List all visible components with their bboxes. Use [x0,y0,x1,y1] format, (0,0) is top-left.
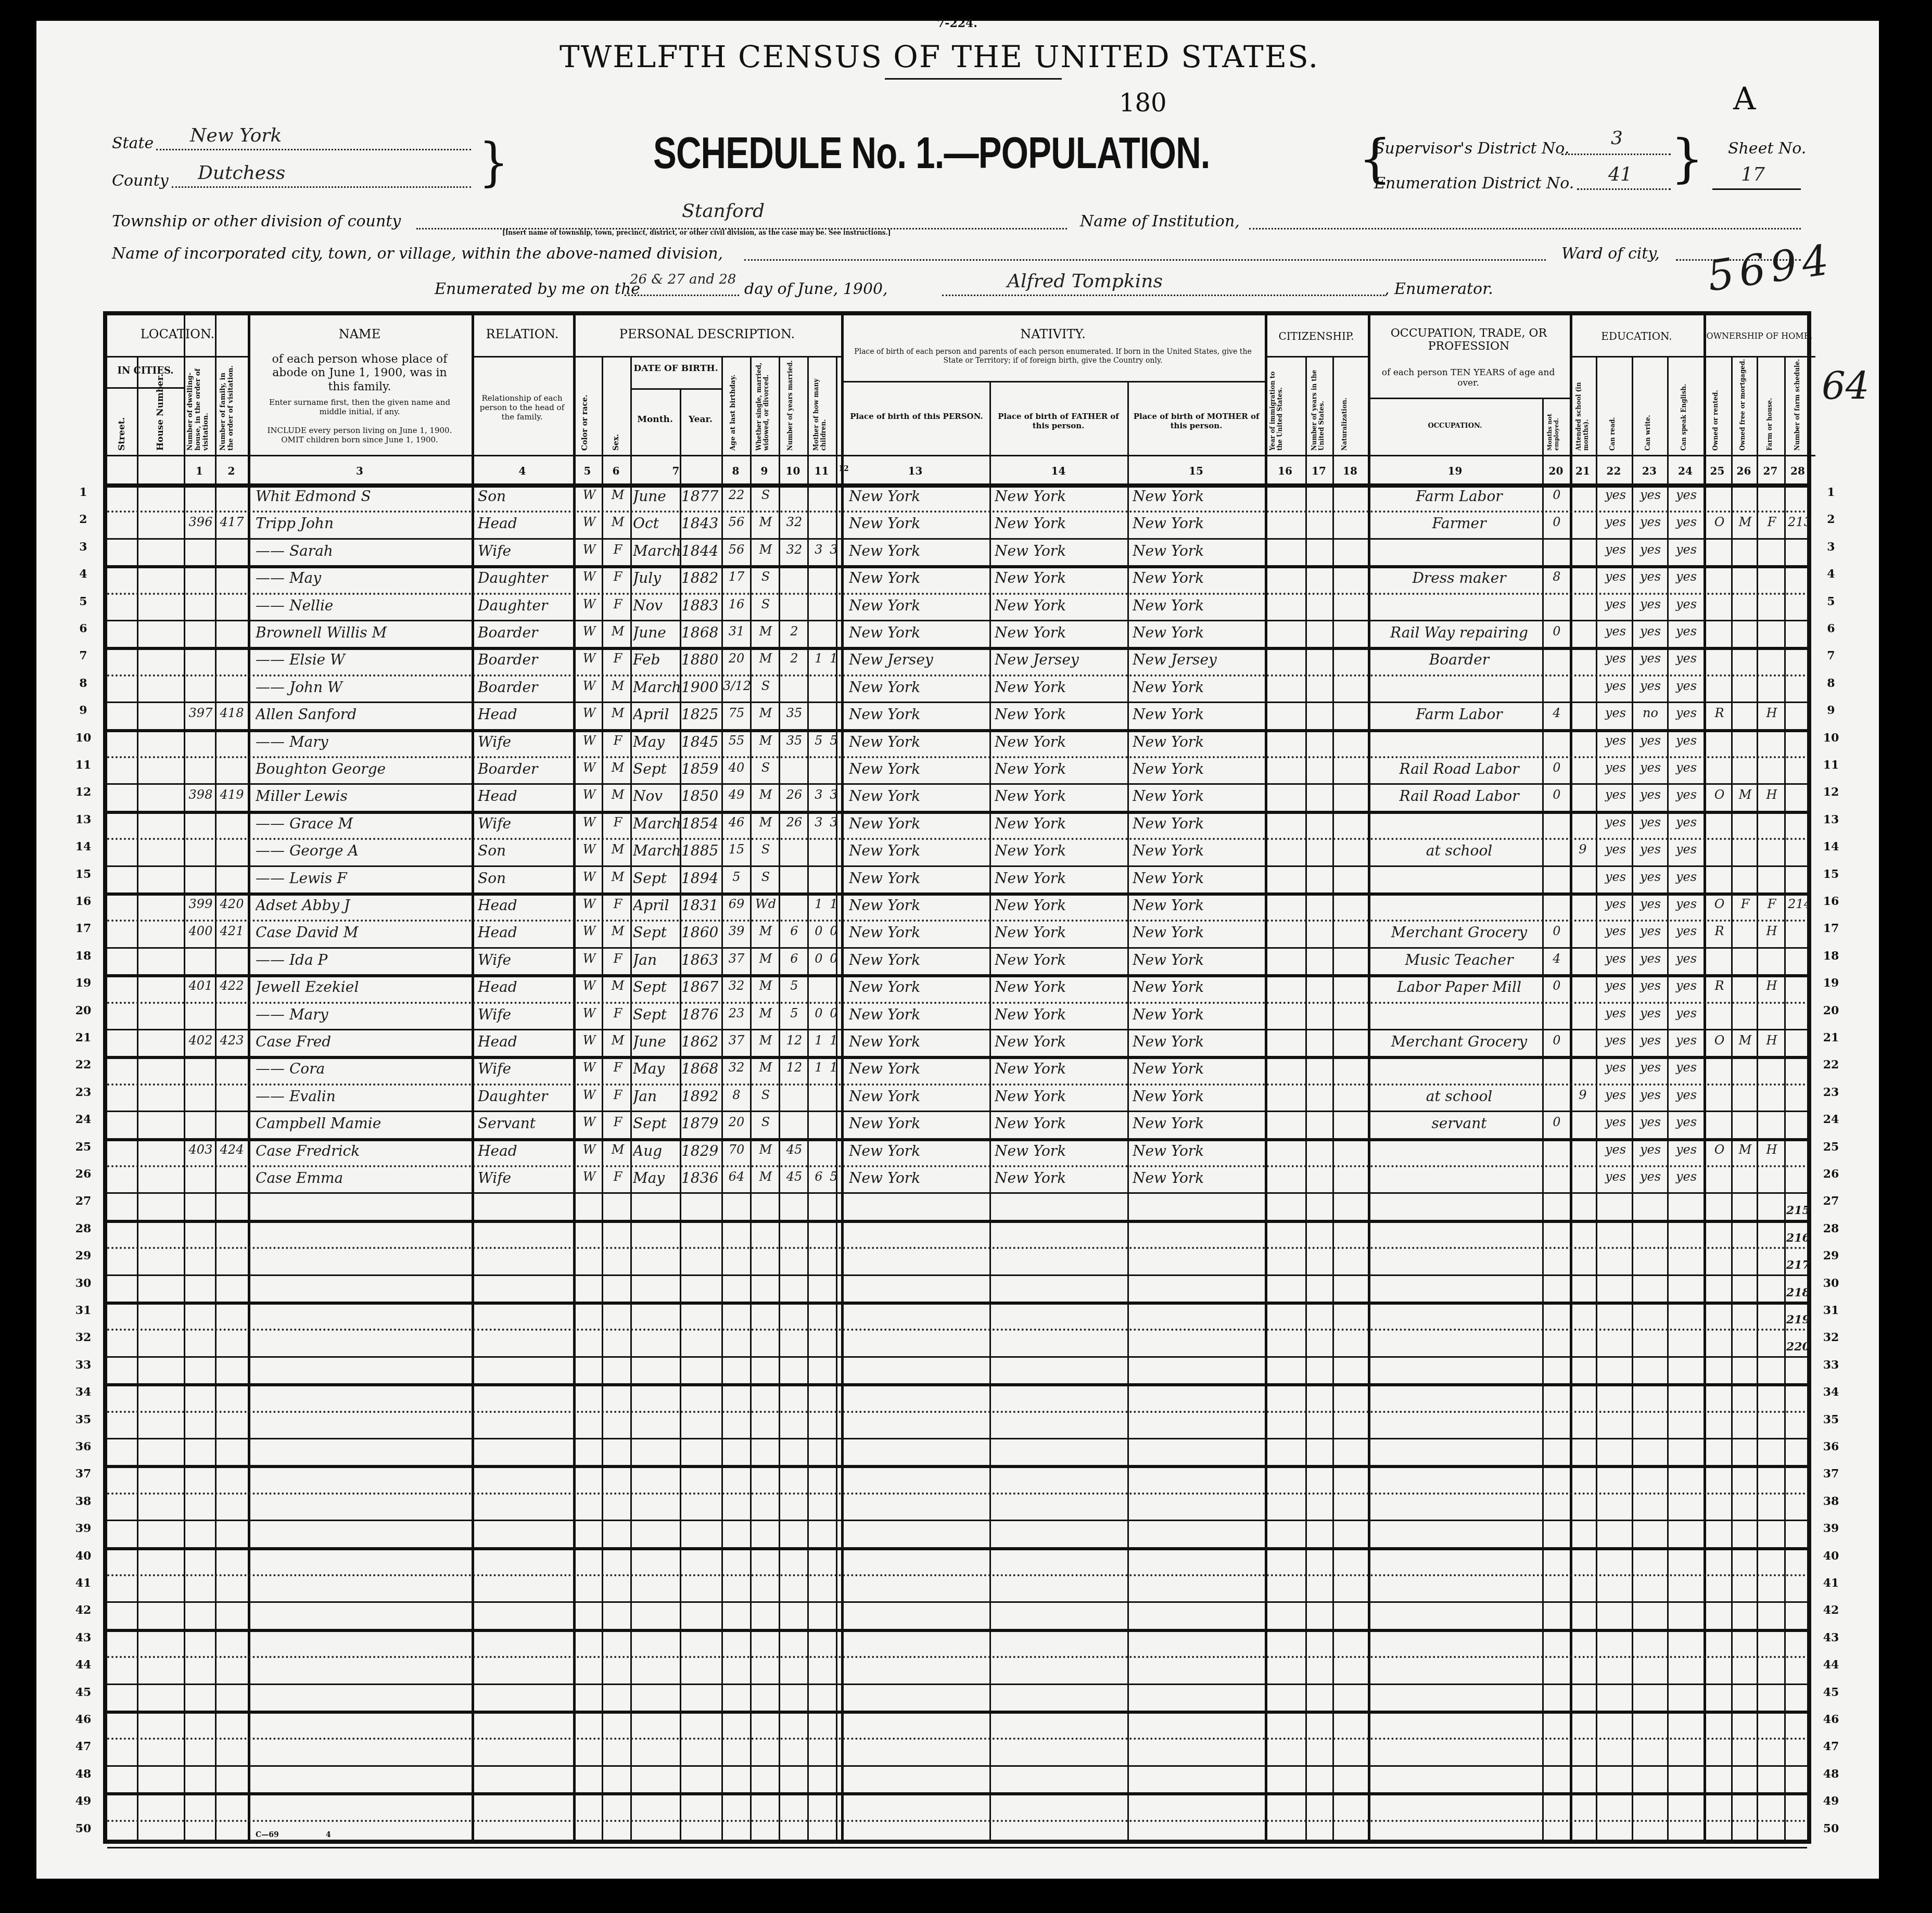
cell-marital: S [753,597,779,611]
cell-color: W [578,924,600,938]
cell-family: 419 [218,787,246,802]
cell-age: 49 [723,787,750,802]
row-rule [107,1056,1807,1059]
row-rule [107,1383,1807,1386]
cell-name: —— Nellie [256,597,469,614]
colnum: 26 [1731,465,1757,477]
cell-month: Sept [633,870,680,887]
cell-year: 1843 [681,515,721,532]
cell-sex: F [607,597,629,611]
row-rule [107,1765,1807,1767]
cell-age: 37 [723,1033,750,1048]
cell-pob: New York [849,569,987,586]
cell-name: —— May [256,569,469,586]
cell-pob-mother: New York [1133,542,1263,559]
line-number: 4 [1821,567,1841,581]
group-divider [1265,356,1368,358]
cell-color: W [578,951,600,966]
sheet-value: 17 [1741,164,1765,185]
cell-relation: Head [478,706,571,723]
cell-pob-father: New York [995,1033,1125,1050]
cell-pob-father: New York [995,597,1125,614]
cell-marital: S [753,569,779,584]
cell-pob-mother: New York [1133,1006,1263,1023]
cell-month: March [633,815,680,832]
cell-english: yes [1670,842,1702,857]
colnum: 8 [721,465,750,477]
line-number: 40 [73,1549,94,1563]
row-rule [107,674,1807,677]
cell-dwelling: 396 [186,515,215,529]
col-divider [750,357,752,1840]
col-divider [1667,357,1669,1840]
cell-yrs-married: 12 [781,1033,807,1048]
vh-age: Age at last birthday. [729,367,737,451]
cell-read: yes [1600,569,1631,584]
cell-yrs-married: 2 [781,624,807,639]
col-divider [1784,357,1786,1840]
cell-unemployed: 4 [1546,951,1567,966]
cell-mother-of: 3 [811,815,827,830]
cell-color: W [578,515,600,529]
vh-naturalization: Naturalization. [1341,393,1348,451]
cell-sex: F [607,569,629,584]
row-rule [107,1029,1807,1030]
col-divider [1542,399,1544,1840]
township-value: Stanford [682,200,765,222]
cell-yrs-married: 5 [781,978,807,993]
line-number: 41 [73,1576,94,1590]
group-education: EDUCATION. [1570,330,1704,342]
line-number: 8 [1821,677,1841,690]
line-number: 23 [1821,1086,1841,1099]
sheet-label: Sheet No. [1728,139,1806,158]
cell-pob-father: New York [995,542,1125,559]
cell-pob-father: New York [995,951,1125,968]
cell-month: Sept [633,1115,680,1132]
line-number: 17 [73,922,94,935]
occupation-desc: of each person TEN YEARS of age and over… [1377,367,1559,389]
line-number: 29 [1821,1249,1841,1262]
line-number: 2 [1821,513,1841,526]
line-number: 45 [73,1686,94,1699]
line-number: 45 [1821,1686,1841,1699]
cell-pob-father: New York [995,733,1125,750]
cell-relation: Head [478,897,571,914]
cell-write: yes [1635,1006,1666,1021]
line-number: 35 [73,1413,94,1426]
vh-house: House Number. [155,393,166,451]
cell-dwelling: 399 [186,897,215,911]
line-number: 19 [1821,976,1841,990]
cell-write: yes [1635,1115,1666,1129]
line-number: 10 [1821,731,1841,745]
cell-family: 418 [218,706,246,720]
row-rule [107,1629,1807,1632]
cell-sex: M [607,1142,629,1157]
cell-farm: H [1760,924,1783,938]
line-number: 50 [1821,1822,1841,1835]
line-number: 28 [73,1222,94,1235]
line-number: 42 [73,1603,94,1617]
cell-pob-mother: New York [1133,569,1263,586]
vh-sex: Sex. [612,430,620,451]
col-divider [779,357,780,1840]
cell-relation: Daughter [478,1088,571,1105]
cell-marital: M [753,1033,779,1048]
cell-name: Boughton George [256,760,469,777]
line-number: 47 [73,1740,94,1753]
enumerated-days-field[interactable] [625,295,739,296]
cell-living: 0 [828,951,840,966]
row-rule [107,1601,1807,1603]
cell-age: 16 [723,597,750,611]
cell-yrs-married: 6 [781,951,807,966]
cell-family: 417 [218,515,246,529]
cell-free: F [1734,897,1757,911]
row-rule [107,1656,1807,1658]
cell-age: 8 [723,1088,750,1102]
page-number: 180 [1119,88,1167,118]
col-divider [1265,315,1267,1840]
colnum: 28 [1784,465,1811,477]
cell-age: 20 [723,651,750,666]
cell-relation: Wife [478,542,571,559]
cell-year: 1862 [681,1033,721,1050]
cell-pob-mother: New York [1133,597,1263,614]
cell-pob-mother: New York [1133,488,1263,505]
cell-month: Sept [633,760,680,777]
supervisor-label: Supervisor's District No. [1374,139,1569,158]
cell-pob-mother: New York [1133,1115,1263,1132]
cell-age: 64 [723,1169,750,1184]
cell-occupation: Farmer [1377,515,1541,532]
cell-living: 1 [828,1033,840,1048]
cell-month: Sept [633,1006,680,1023]
line-number: 49 [73,1794,94,1808]
cell-name: Case Fredrick [256,1142,469,1159]
brace: } [479,137,509,189]
cell-occupation: Farm Labor [1377,488,1541,505]
printer-mark-2: 4 [326,1831,331,1839]
cell-yrs-married: 32 [781,542,807,557]
cell-age: 3/12 [723,679,750,693]
line-number: 10 [73,731,94,745]
row-rule [107,920,1807,922]
cell-pob-father: New York [995,488,1125,505]
cell-sex: F [607,542,629,557]
line-number: 14 [1821,840,1841,853]
line-number: 39 [1821,1522,1841,1535]
enumerator-field[interactable] [942,295,1384,296]
cell-month: Jan [633,1088,680,1105]
colnum: 4 [472,465,573,477]
birth-father-header: Place of birth of FATHER of this person. [992,412,1125,430]
cell-year: 1831 [681,897,721,914]
cell-read: yes [1600,1006,1631,1021]
line-number: 28 [1821,1222,1841,1235]
cell-unemployed: 0 [1546,1115,1567,1129]
cell-relation: Boarder [478,651,571,668]
line-number: 33 [73,1358,94,1372]
row-rule [107,1738,1807,1740]
row-rule [107,1547,1807,1550]
cell-pob-mother: New York [1133,760,1263,777]
cell-living: 5 [828,1169,840,1184]
cell-color: W [578,624,600,639]
cell-pob-mother: New York [1133,870,1263,887]
cell-marital: M [753,1142,779,1157]
cell-pob: New York [849,597,987,614]
line-number: 15 [73,868,94,881]
col-divider [573,315,576,1840]
cell-unemployed: 0 [1546,624,1567,639]
cell-dwelling: 397 [186,706,215,720]
cell-owned: O [1708,787,1731,802]
row-rule [107,974,1807,977]
cell-write: yes [1635,1033,1666,1048]
cell-relation: Wife [478,733,571,750]
cell-mother-of: 1 [811,651,827,666]
cell-family: 422 [218,978,246,993]
cell-month: Sept [633,924,680,941]
cell-age: 69 [723,897,750,911]
cell-relation: Wife [478,1060,571,1077]
cell-name: —— Mary [256,733,469,750]
col-divider [1305,357,1307,1840]
cell-write: yes [1635,488,1666,502]
cell-read: yes [1600,842,1631,857]
cell-english: yes [1670,815,1702,830]
colnum: 17 [1305,465,1332,477]
cell-yrs-married: 35 [781,733,807,748]
cell-read: yes [1600,1169,1631,1184]
cell-relation: Head [478,924,571,941]
row-rule [107,1220,1807,1223]
colnum: 2 [215,465,248,477]
sheet-field[interactable] [1712,188,1801,190]
cell-age: 20 [723,1115,750,1129]
state-value: New York [190,125,282,146]
cell-unemployed: 0 [1546,978,1567,993]
cell-month: July [633,569,680,586]
cell-read: yes [1600,1033,1631,1048]
cell-age: 56 [723,542,750,557]
cell-unemployed: 0 [1546,760,1567,775]
cell-name: —— Grace M [256,815,469,832]
state-field[interactable] [156,149,471,150]
cell-pob-mother: New York [1133,679,1263,696]
cell-month: Feb [633,651,680,668]
cell-pob-father: New York [995,1142,1125,1159]
cell-mother-of: 0 [811,924,827,938]
cell-mother-of: 5 [811,733,827,748]
row-rule [107,1247,1807,1249]
cell-write: yes [1635,924,1666,938]
line-number: 7 [73,649,94,662]
cell-month: June [633,1033,680,1050]
cell-name: —— John W [256,679,469,696]
cell-year: 1885 [681,842,721,859]
cell-color: W [578,542,600,557]
cell-year: 1854 [681,815,721,832]
cell-color: W [578,842,600,857]
line-number: 23 [73,1086,94,1099]
cell-month: April [633,897,680,914]
col-divider [630,357,632,1840]
line-number: 11 [73,758,94,772]
colnum: 11 [807,465,836,477]
cell-marital: S [753,488,779,502]
vh-can-read: Can read. [1609,399,1616,451]
cell-mother-of: 1 [811,897,827,911]
cell-sex: F [607,1115,629,1129]
cell-pob: New York [849,978,987,996]
vh-years-married: Number of years married. [786,362,794,451]
cell-month: March [633,679,680,696]
cell-unemployed: 0 [1546,924,1567,938]
line-number: 50 [73,1822,94,1835]
cell-name: —— Sarah [256,542,469,559]
cell-color: W [578,1088,600,1102]
cell-age: 5 [723,870,750,884]
row-rule [107,783,1807,785]
cell-read: yes [1600,733,1631,748]
cell-marital: M [753,1006,779,1021]
city-field[interactable] [744,259,1546,261]
cell-pob: New York [849,924,987,941]
colnum: 7 [630,465,721,477]
cell-age: 23 [723,1006,750,1021]
cell-color: W [578,897,600,911]
cell-name: —— Cora [256,1060,469,1077]
cell-pob-father: New York [995,842,1125,859]
colnum: 16 [1265,465,1305,477]
vh-owned-free: Owned free or mortgaged. [1739,362,1746,451]
group-divider [107,387,184,389]
cell-english: yes [1670,679,1702,693]
line-number: 37 [1821,1467,1841,1481]
vh-street: Street. [117,393,127,451]
farm-schedule-number: 215 [1786,1204,1813,1217]
cell-pob: New York [849,1006,987,1023]
institution-field[interactable] [1249,228,1801,229]
cell-color: W [578,815,600,830]
group-divider [472,356,573,358]
cell-family: 424 [218,1142,246,1157]
col-divider [1368,315,1370,1840]
line-number: 18 [73,949,94,963]
cell-age: 22 [723,488,750,502]
line-number: 20 [73,1004,94,1017]
cell-pob-mother: New York [1133,515,1263,532]
header-divider [107,483,1807,488]
cell-color: W [578,1169,600,1184]
group-divider [1570,356,1815,358]
line-number: 1 [73,486,94,499]
vh-can-write: Can write. [1644,399,1651,451]
cell-age: 31 [723,624,750,639]
cell-english: yes [1670,488,1702,502]
cell-read: yes [1600,515,1631,529]
cell-yrs-married: 26 [781,815,807,830]
cell-sex: M [607,1033,629,1048]
row-rule [107,593,1807,595]
cell-farm: H [1760,978,1783,993]
cell-english: yes [1670,760,1702,775]
birth-person-header: Place of birth of this PERSON. [846,412,987,421]
cell-mother-of: 1 [811,1060,827,1075]
row-rule [107,892,1807,896]
cell-sex: M [607,706,629,720]
line-number: 18 [1821,949,1841,963]
cell-color: W [578,597,600,611]
line-number: 32 [73,1331,94,1344]
cell-dwelling: 401 [186,978,215,993]
line-number: 25 [1821,1140,1841,1154]
row-rule [107,1356,1807,1358]
cell-age: 39 [723,924,750,938]
line-number: 38 [1821,1495,1841,1508]
enumeration-label: Enumeration District No. [1374,174,1574,193]
vh-speak-english: Can speak English. [1680,373,1687,451]
cell-year: 1868 [681,1060,721,1077]
cell-english: yes [1670,1060,1702,1075]
enumeration-field[interactable] [1577,188,1671,190]
cell-write: yes [1635,787,1666,802]
line-number: 4 [73,567,94,581]
group-name: NAME [248,327,472,341]
cell-dwelling: 402 [186,1033,215,1048]
cell-pob-father: New York [995,1060,1125,1077]
cell-family: 421 [218,924,246,938]
line-number: 7 [1821,649,1841,662]
line-number: 34 [1821,1385,1841,1399]
cell-living: 1 [828,1060,840,1075]
year-header: Year. [680,414,721,425]
name-instr: Enter surname first, then the given name… [263,398,456,416]
cell-family: 423 [218,1033,246,1048]
line-number: 11 [1821,758,1841,772]
cell-color: W [578,488,600,502]
line-number: 1 [1821,486,1841,499]
supervisor-field[interactable] [1561,154,1671,155]
col-divider [836,357,837,1840]
county-value: Dutchess [198,162,285,184]
cell-marital: M [753,1060,779,1075]
row-rule [107,865,1807,867]
cell-month: Oct [633,515,680,532]
cell-sex: M [607,978,629,993]
cell-farm: H [1760,1033,1783,1048]
colnum: 24 [1667,465,1704,477]
cell-occupation: Rail Road Labor [1377,760,1541,777]
cell-pob-father: New York [995,1006,1125,1023]
cell-pob-mother: New York [1133,842,1263,859]
line-number: 13 [1821,813,1841,826]
cell-name: Miller Lewis [256,787,469,805]
row-rule [107,1165,1807,1167]
cell-read: yes [1600,760,1631,775]
cell-relation: Son [478,870,571,887]
cell-unemployed: 0 [1546,1033,1567,1048]
county-field[interactable] [172,186,471,188]
line-number: 43 [73,1631,94,1644]
cell-occupation: Merchant Grocery [1377,1033,1541,1050]
cell-pob: New York [849,1033,987,1050]
cell-mother-of: 6 [811,1169,827,1184]
cell-sex: M [607,787,629,802]
